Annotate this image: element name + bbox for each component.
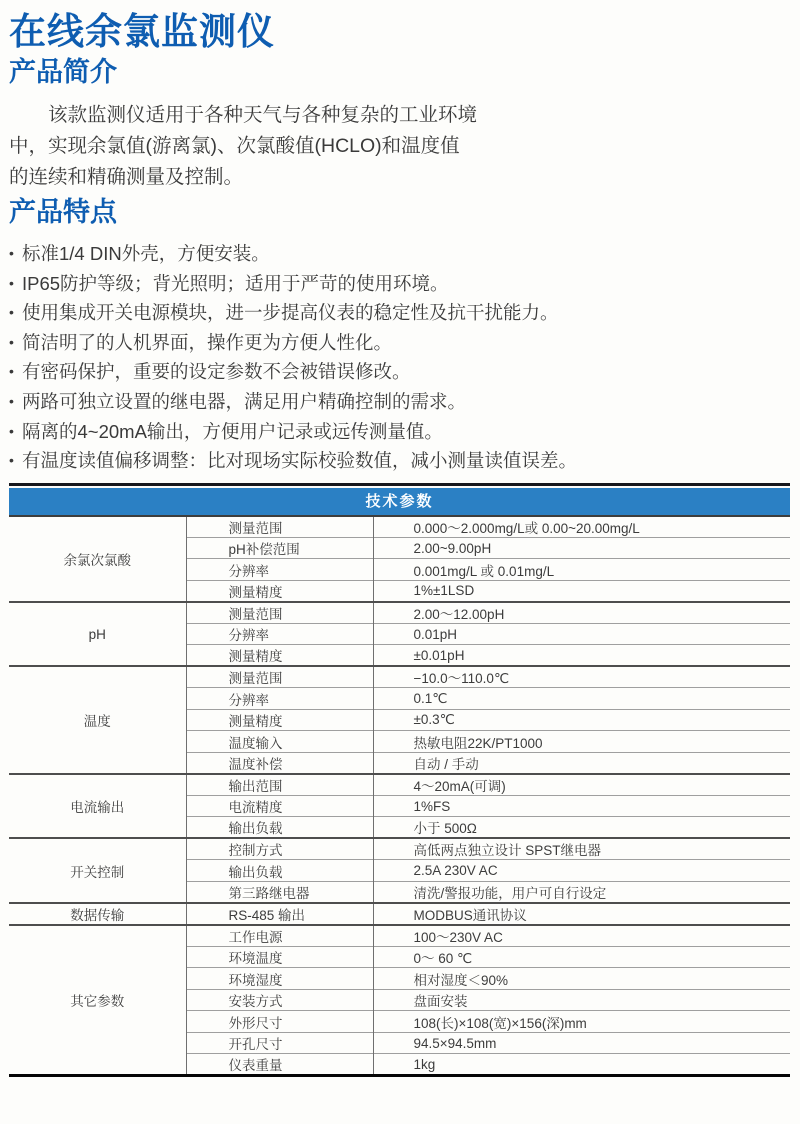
- spec-group-name: pH: [9, 602, 186, 667]
- features-heading: 产品特点: [9, 196, 790, 228]
- spec-param-label: 分辨率: [186, 688, 373, 710]
- spec-param-value: 相对湿度＜90%: [373, 968, 790, 990]
- spec-param-value: 2.5A 230V AC: [373, 860, 790, 882]
- spec-param-value: 1%±1LSD: [373, 580, 790, 602]
- spec-top-divider: [9, 483, 790, 486]
- spec-param-label: 开孔尺寸: [186, 1032, 373, 1054]
- spec-group-name: 数据传输: [9, 903, 186, 925]
- spec-row: pH测量范围2.00～12.00pH: [9, 602, 790, 624]
- intro-paragraph: 该款监测仪适用于各种天气与各种复杂的工业环境中，实现余氯值(游离氯)、次氯酸值(…: [9, 100, 477, 193]
- spec-row: 温度测量范围−10.0～110.0℃: [9, 666, 790, 688]
- spec-param-label: 温度输入: [186, 731, 373, 753]
- spec-param-label: 环境湿度: [186, 968, 373, 990]
- spec-group-name: 温度: [9, 666, 186, 774]
- spec-param-label: 温度补偿: [186, 752, 373, 774]
- bullet-icon: •: [9, 298, 22, 327]
- spec-param-label: 测量范围: [186, 516, 373, 538]
- feature-item: •两路可独立设置的继电器，满足用户精确控制的需求。: [9, 387, 790, 417]
- spec-param-label: 测量精度: [186, 709, 373, 731]
- spec-table-title: 技术参数: [9, 488, 790, 515]
- feature-text: IP65防护等级；背光照明；适用于严苛的使用环境。: [22, 273, 449, 294]
- spec-param-value: 1kg: [373, 1054, 790, 1076]
- feature-item: •有密码保护，重要的设定参数不会被错误修改。: [9, 357, 790, 387]
- bullet-icon: •: [9, 446, 22, 475]
- spec-param-label: RS-485 输出: [186, 903, 373, 925]
- spec-group-name: 电流输出: [9, 774, 186, 839]
- spec-param-value: 小于 500Ω: [373, 817, 790, 839]
- feature-text: 使用集成开关电源模块，进一步提高仪表的稳定性及抗干扰能力。: [22, 302, 559, 323]
- feature-item: •隔离的4~20mA输出，方便用户记录或远传测量值。: [9, 417, 790, 447]
- spec-row: 余氯次氯酸测量范围0.000～2.000mg/L或 0.00~20.00mg/L: [9, 516, 790, 538]
- spec-param-label: 电流精度: [186, 795, 373, 817]
- spec-param-value: ±0.3℃: [373, 709, 790, 731]
- spec-param-value: 0.1℃: [373, 688, 790, 710]
- spec-param-value: 100～230V AC: [373, 925, 790, 947]
- feature-text: 两路可独立设置的继电器，满足用户精确控制的需求。: [22, 391, 466, 412]
- spec-param-value: 高低两点独立设计 SPST继电器: [373, 838, 790, 860]
- spec-param-label: 仪表重量: [186, 1054, 373, 1076]
- spec-param-label: 外形尺寸: [186, 1011, 373, 1033]
- spec-param-value: 2.00～12.00pH: [373, 602, 790, 624]
- spec-param-value: 盘面安装: [373, 989, 790, 1011]
- feature-item: •简洁明了的人机界面，操作更为方便人性化。: [9, 328, 790, 358]
- spec-param-label: 安装方式: [186, 989, 373, 1011]
- spec-param-value: 清洗/警报功能，用户可自行设定: [373, 881, 790, 903]
- feature-text: 有密码保护，重要的设定参数不会被错误修改。: [22, 361, 411, 382]
- spec-param-label: 分辨率: [186, 623, 373, 645]
- spec-param-label: 第三路继电器: [186, 881, 373, 903]
- spec-param-value: 4～20mA(可调): [373, 774, 790, 796]
- spec-table-section: 技术参数 余氯次氯酸测量范围0.000～2.000mg/L或 0.00~20.0…: [9, 483, 790, 1078]
- spec-param-label: 工作电源: [186, 925, 373, 947]
- feature-text: 简洁明了的人机界面，操作更为方便人性化。: [22, 332, 392, 353]
- intro-heading: 产品简介: [9, 56, 790, 88]
- spec-param-value: 0～ 60 ℃: [373, 946, 790, 968]
- spec-param-value: 0.01pH: [373, 623, 790, 645]
- spec-param-value: 2.00~9.00pH: [373, 537, 790, 559]
- spec-param-label: 控制方式: [186, 838, 373, 860]
- spec-row: 开关控制控制方式高低两点独立设计 SPST继电器: [9, 838, 790, 860]
- spec-param-value: 0.000～2.000mg/L或 0.00~20.00mg/L: [373, 516, 790, 538]
- product-page: 在线余氯监测仪 产品简介 该款监测仪适用于各种天气与各种复杂的工业环境中，实现余…: [0, 0, 800, 1077]
- spec-param-value: 1%FS: [373, 795, 790, 817]
- spec-param-label: 环境温度: [186, 946, 373, 968]
- feature-item: •标准1/4 DIN外壳，方便安装。: [9, 239, 790, 269]
- bullet-icon: •: [9, 387, 22, 416]
- feature-item: •有温度读值偏移调整：比对现场实际校验数值，减小测量读值误差。: [9, 446, 790, 476]
- feature-text: 标准1/4 DIN外壳，方便安装。: [22, 243, 270, 264]
- spec-param-label: 测量范围: [186, 602, 373, 624]
- feature-text: 隔离的4~20mA输出，方便用户记录或远传测量值。: [22, 421, 443, 442]
- spec-row: 电流输出输出范围4～20mA(可调): [9, 774, 790, 796]
- feature-item: •IP65防护等级；背光照明；适用于严苛的使用环境。: [9, 269, 790, 299]
- spec-param-label: 输出范围: [186, 774, 373, 796]
- spec-param-label: 测量精度: [186, 645, 373, 667]
- spec-group-name: 余氯次氯酸: [9, 516, 186, 602]
- spec-param-label: 输出负载: [186, 860, 373, 882]
- spec-table: 余氯次氯酸测量范围0.000～2.000mg/L或 0.00~20.00mg/L…: [9, 515, 790, 1078]
- bullet-icon: •: [9, 269, 22, 298]
- spec-param-label: 测量精度: [186, 580, 373, 602]
- spec-param-value: 94.5×94.5mm: [373, 1032, 790, 1054]
- spec-group-name: 开关控制: [9, 838, 186, 903]
- spec-group-name: 其它参数: [9, 925, 186, 1076]
- spec-param-label: pH补偿范围: [186, 537, 373, 559]
- spec-param-value: 108(长)×108(宽)×156(深)mm: [373, 1011, 790, 1033]
- spec-param-label: 测量范围: [186, 666, 373, 688]
- feature-text: 有温度读值偏移调整：比对现场实际校验数值，减小测量读值误差。: [22, 450, 577, 471]
- bullet-icon: •: [9, 417, 22, 446]
- bullet-icon: •: [9, 239, 22, 268]
- spec-param-value: 0.001mg/L 或 0.01mg/L: [373, 559, 790, 581]
- spec-param-label: 输出负载: [186, 817, 373, 839]
- spec-param-value: ±0.01pH: [373, 645, 790, 667]
- bullet-icon: •: [9, 357, 22, 386]
- feature-item: •使用集成开关电源模块，进一步提高仪表的稳定性及抗干扰能力。: [9, 298, 790, 328]
- spec-param-value: MODBUS通讯协议: [373, 903, 790, 925]
- spec-param-value: 自动 / 手动: [373, 752, 790, 774]
- spec-param-value: −10.0～110.0℃: [373, 666, 790, 688]
- features-list: •标准1/4 DIN外壳，方便安装。•IP65防护等级；背光照明；适用于严苛的使…: [9, 239, 790, 476]
- spec-row: 其它参数工作电源100～230V AC: [9, 925, 790, 947]
- bullet-icon: •: [9, 328, 22, 357]
- spec-param-label: 分辨率: [186, 559, 373, 581]
- page-title: 在线余氯监测仪: [9, 10, 790, 54]
- spec-param-value: 热敏电阻22K/PT1000: [373, 731, 790, 753]
- spec-row: 数据传输RS-485 输出MODBUS通讯协议: [9, 903, 790, 925]
